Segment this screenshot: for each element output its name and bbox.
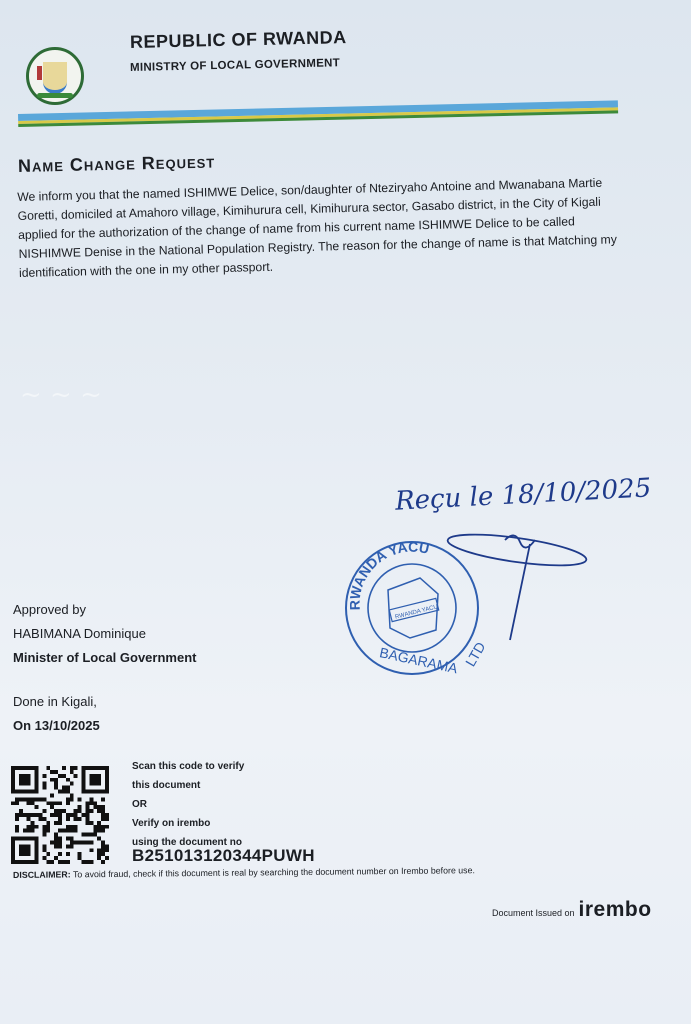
verify-line-2: this document	[132, 776, 244, 795]
approval-block: Approved by HABIMANA Dominique Minister …	[13, 598, 196, 670]
issue-place: Done in Kigali,	[13, 690, 100, 714]
approved-by-label: Approved by	[13, 598, 196, 622]
approver-name: HABIMANA Dominique	[13, 622, 196, 646]
issue-place-date: Done in Kigali, On 13/10/2025	[13, 690, 100, 738]
qr-code-icon[interactable]	[11, 766, 109, 864]
flag-divider	[18, 100, 618, 130]
verify-line-1: Scan this code to verify	[132, 757, 244, 776]
coat-of-arms-icon	[26, 47, 84, 105]
verification-instructions: Scan this code to verify this document O…	[132, 757, 244, 852]
verify-line-3: OR	[132, 795, 244, 814]
country-heading: REPUBLIC OF RWANDA	[130, 27, 347, 53]
issued-on: Document Issued on irembo	[492, 898, 652, 922]
document-title: Name Change Request	[18, 152, 216, 177]
disclaimer-label: DISCLAIMER:	[13, 869, 71, 880]
signature-icon	[425, 530, 595, 650]
document-body: We inform you that the named ISHIMWE Del…	[17, 173, 639, 283]
document-number: B251013120344PUWH	[132, 846, 315, 866]
disclaimer-text: To avoid fraud, check if this document i…	[71, 865, 475, 879]
verify-line-4: Verify on irembo	[132, 814, 244, 833]
approver-role: Minister of Local Government	[13, 646, 196, 670]
disclaimer: DISCLAIMER: To avoid fraud, check if thi…	[13, 865, 475, 880]
embossed-marks: ~ ~ ~	[20, 380, 102, 410]
issue-date: On 13/10/2025	[13, 714, 100, 738]
handwritten-receipt-note: Reçu le 18/10/2025	[394, 473, 652, 516]
ministry-heading: MINISTRY OF LOCAL GOVERNMENT	[130, 57, 340, 74]
irembo-logo-icon: irembo	[579, 898, 652, 922]
document-page: REPUBLIC OF RWANDA MINISTRY OF LOCAL GOV…	[0, 0, 691, 1024]
issued-label: Document Issued on	[492, 908, 575, 918]
